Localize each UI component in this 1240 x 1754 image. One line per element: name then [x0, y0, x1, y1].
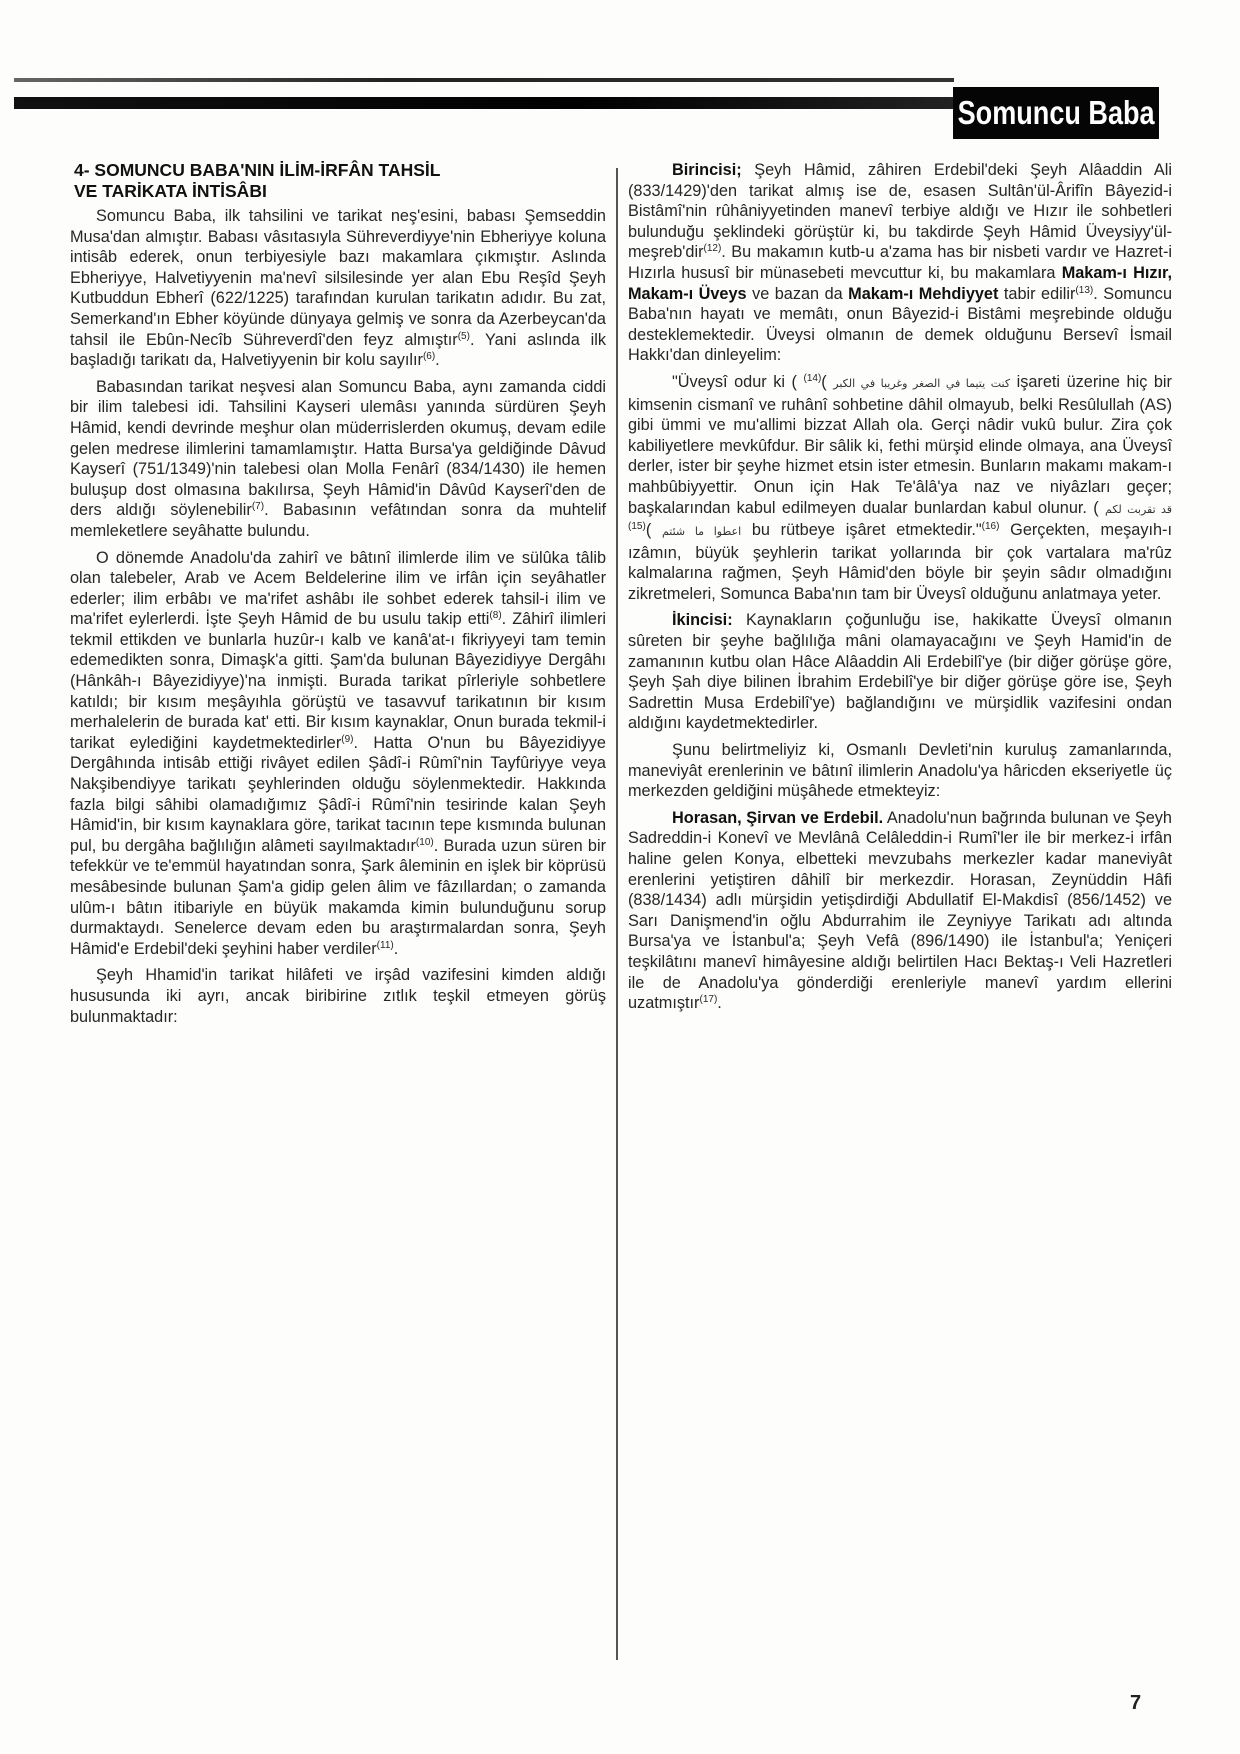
bold-term: Birincisi;: [672, 161, 742, 179]
text-run: "Üveysî odur ki (: [672, 373, 803, 391]
text-run: Şunu belirtmeliyiz ki, Osmanlı Devleti'n…: [628, 741, 1172, 800]
footnote-ref[interactable]: (17): [699, 994, 717, 1005]
paragraph: Babasından tarikat neşvesi alan Somuncu …: [70, 377, 606, 542]
text-run: Kaynakların çoğunluğu ise, hakikatte Üve…: [628, 611, 1172, 732]
paragraph: İkincisi: Kaynakların çoğunluğu ise, hak…: [628, 610, 1172, 734]
page-number: 7: [1130, 1692, 1141, 1715]
text-run: .: [435, 351, 440, 369]
text-run: Babasından tarikat neşvesi alan Somuncu …: [70, 378, 606, 520]
text-run: ve bazan da: [747, 285, 849, 303]
section-heading: 4- SOMUNCU BABA'NIN İLİM-İRFÂN TAHSİL VE…: [70, 160, 606, 202]
bold-term: İkincisi:: [672, 611, 733, 629]
brand-banner: Somuncu Baba: [953, 87, 1159, 139]
section-heading-line-2: VE TARİKATA İNTİSÂBI: [74, 181, 606, 202]
section-heading-line-1: 4- SOMUNCU BABA'NIN İLİM-İRFÂN TAHSİL: [74, 160, 606, 181]
footnote-ref[interactable]: (10): [416, 837, 434, 848]
paragraph: Şunu belirtmeliyiz ki, Osmanlı Devleti'n…: [628, 740, 1172, 802]
footnote-ref[interactable]: (14): [803, 373, 821, 384]
paragraph: Şeyh Hhamid'in tarikat hilâfeti ve irşâd…: [70, 965, 606, 1027]
left-column: 4- SOMUNCU BABA'NIN İLİM-İRFÂN TAHSİL VE…: [70, 160, 606, 1033]
footnote-ref[interactable]: (13): [1075, 285, 1093, 296]
text-run: .: [394, 940, 399, 958]
paragraph: Horasan, Şirvan ve Erdebil. Anadolu'nun …: [628, 808, 1172, 1014]
text-run: işareti üzerine hiç bir kimsenin cismanî…: [628, 373, 1172, 517]
text-run: bu rütbeye işâret etmektedir.": [741, 521, 982, 539]
paragraph: Somuncu Baba, ilk tahsilini ve tarikat n…: [70, 206, 606, 371]
footnote-ref[interactable]: (7): [252, 501, 264, 512]
right-column: Birincisi; Şeyh Hâmid, zâhiren Erdebil'd…: [628, 160, 1172, 1020]
footnote-ref[interactable]: (6): [423, 351, 435, 362]
brand-title: Somuncu Baba: [958, 94, 1155, 132]
text-run: Anadolu'nun bağrında bulunan ve Şeyh Sad…: [628, 809, 1172, 1012]
quote-paragraph: "Üveysî odur ki ( كنت يتيما في الصغر وغر…: [628, 372, 1172, 605]
bold-term: Makam-ı Mehdiyyet: [848, 285, 998, 303]
paragraph: O dönemde Anadolu'da zahirî ve bâtınî il…: [70, 548, 606, 960]
column-divider: [616, 168, 618, 1660]
bold-term: Horasan, Şirvan ve Erdebil.: [672, 809, 883, 827]
text-run: ): [821, 373, 833, 391]
text-run: tabir edilir: [998, 285, 1075, 303]
footnote-ref[interactable]: (16): [982, 521, 1000, 532]
footnote-ref[interactable]: (11): [377, 940, 394, 951]
footnote-ref[interactable]: (8): [489, 610, 501, 621]
header-rule-thick: [14, 97, 954, 109]
text-run: Şeyh Hhamid'in tarikat hilâfeti ve irşâd…: [70, 966, 606, 1025]
text-run: Somuncu Baba, ilk tahsilini ve tarikat n…: [70, 207, 606, 349]
paragraph: Birincisi; Şeyh Hâmid, zâhiren Erdebil'd…: [628, 160, 1172, 366]
text-run: ): [646, 521, 662, 539]
footnote-ref[interactable]: (12): [704, 243, 722, 254]
text-run: .: [717, 994, 722, 1012]
header-rule-thin: [14, 78, 954, 82]
footnote-ref[interactable]: (9): [341, 734, 353, 745]
arabic-quote: كنت يتيما في الصغر وغريبا في الكبر: [833, 377, 1010, 390]
footnote-ref[interactable]: (5): [458, 331, 470, 342]
footnote-ref[interactable]: (15): [628, 521, 646, 532]
text-run: . Zâhirî ilimleri tekmil ettikden ve bun…: [70, 610, 606, 752]
